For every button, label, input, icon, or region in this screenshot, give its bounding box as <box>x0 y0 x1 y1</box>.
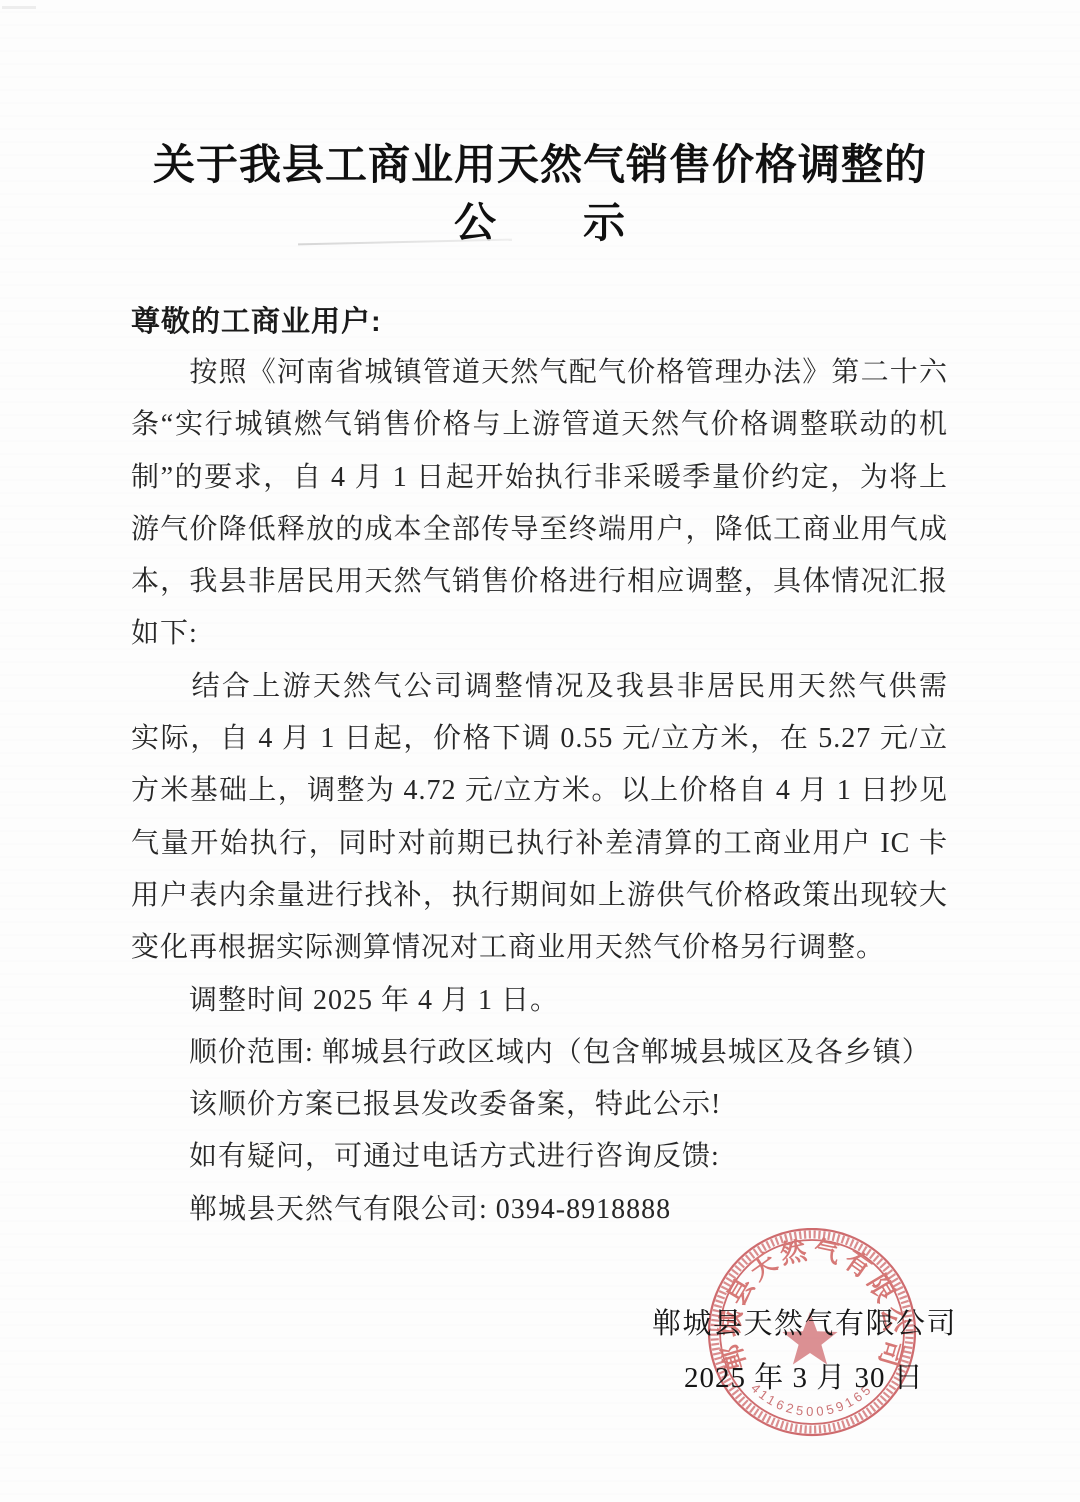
notice-title-line2: 公 示 <box>0 190 1080 250</box>
body-line: 本，我县非居民用天然气销售价格进行相应调整，具体情况汇报 <box>131 556 948 608</box>
notice-title-line1: 关于我县工商业用天然气销售价格调整的 <box>0 132 1080 192</box>
notice-body: 按照《河南省城镇管道天然气配气价格管理办法》第二十六条“实行城镇燃气销售价格与上… <box>131 347 948 1236</box>
salutation: 尊敬的工商业用户: <box>131 299 382 340</box>
body-line: 游气价降低释放的成本全部传导至终端用户，降低工商业用气成 <box>131 504 948 556</box>
body-line: 变化再根据实际测算情况对工商业用天然气价格另行调整。 <box>131 922 948 974</box>
body-line: 该顺价方案已报县发改委备案，特此公示! <box>131 1079 948 1131</box>
body-line: 制”的要求，自 4 月 1 日起开始执行非采暖季量价约定，为将上 <box>131 452 948 504</box>
body-line: 条“实行城镇燃气销售价格与上游管道天然气价格调整联动的机 <box>131 399 948 451</box>
body-line: 如下: <box>131 608 948 660</box>
body-line: 顺价范围: 郸城县行政区域内（包含郸城县城区及各乡镇） <box>131 1027 948 1079</box>
notice-document: 关于我县工商业用天然气销售价格调整的 公 示 尊敬的工商业用户: 按照《河南省城… <box>0 0 1080 1502</box>
signature-company: 郸城县天然气有限公司 <box>652 1301 957 1342</box>
body-line: 方米基础上，调整为 4.72 元/立方米。以上价格自 4 月 1 日抄见 <box>131 765 948 817</box>
signature-date: 2025 年 3 月 30 日 <box>684 1355 924 1396</box>
body-line: 结合上游天然气公司调整情况及我县非居民用天然气供需 <box>131 661 948 713</box>
body-line: 调整时间 2025 年 4 月 1 日。 <box>131 975 948 1027</box>
body-line: 用户表内余量进行找补，执行期间如上游供气价格政策出现较大 <box>131 870 948 922</box>
body-line: 实际，自 4 月 1 日起，价格下调 0.55 元/立方米，在 5.27 元/立 <box>131 713 948 765</box>
body-line: 气量开始执行，同时对前期已执行补差清算的工商业用户 IC 卡 <box>131 818 948 870</box>
scan-smudge-artifact <box>2 6 36 9</box>
body-line: 如有疑问，可通过电话方式进行咨询反馈: <box>131 1131 948 1183</box>
body-line: 按照《河南省城镇管道天然气配气价格管理办法》第二十六 <box>131 347 948 399</box>
